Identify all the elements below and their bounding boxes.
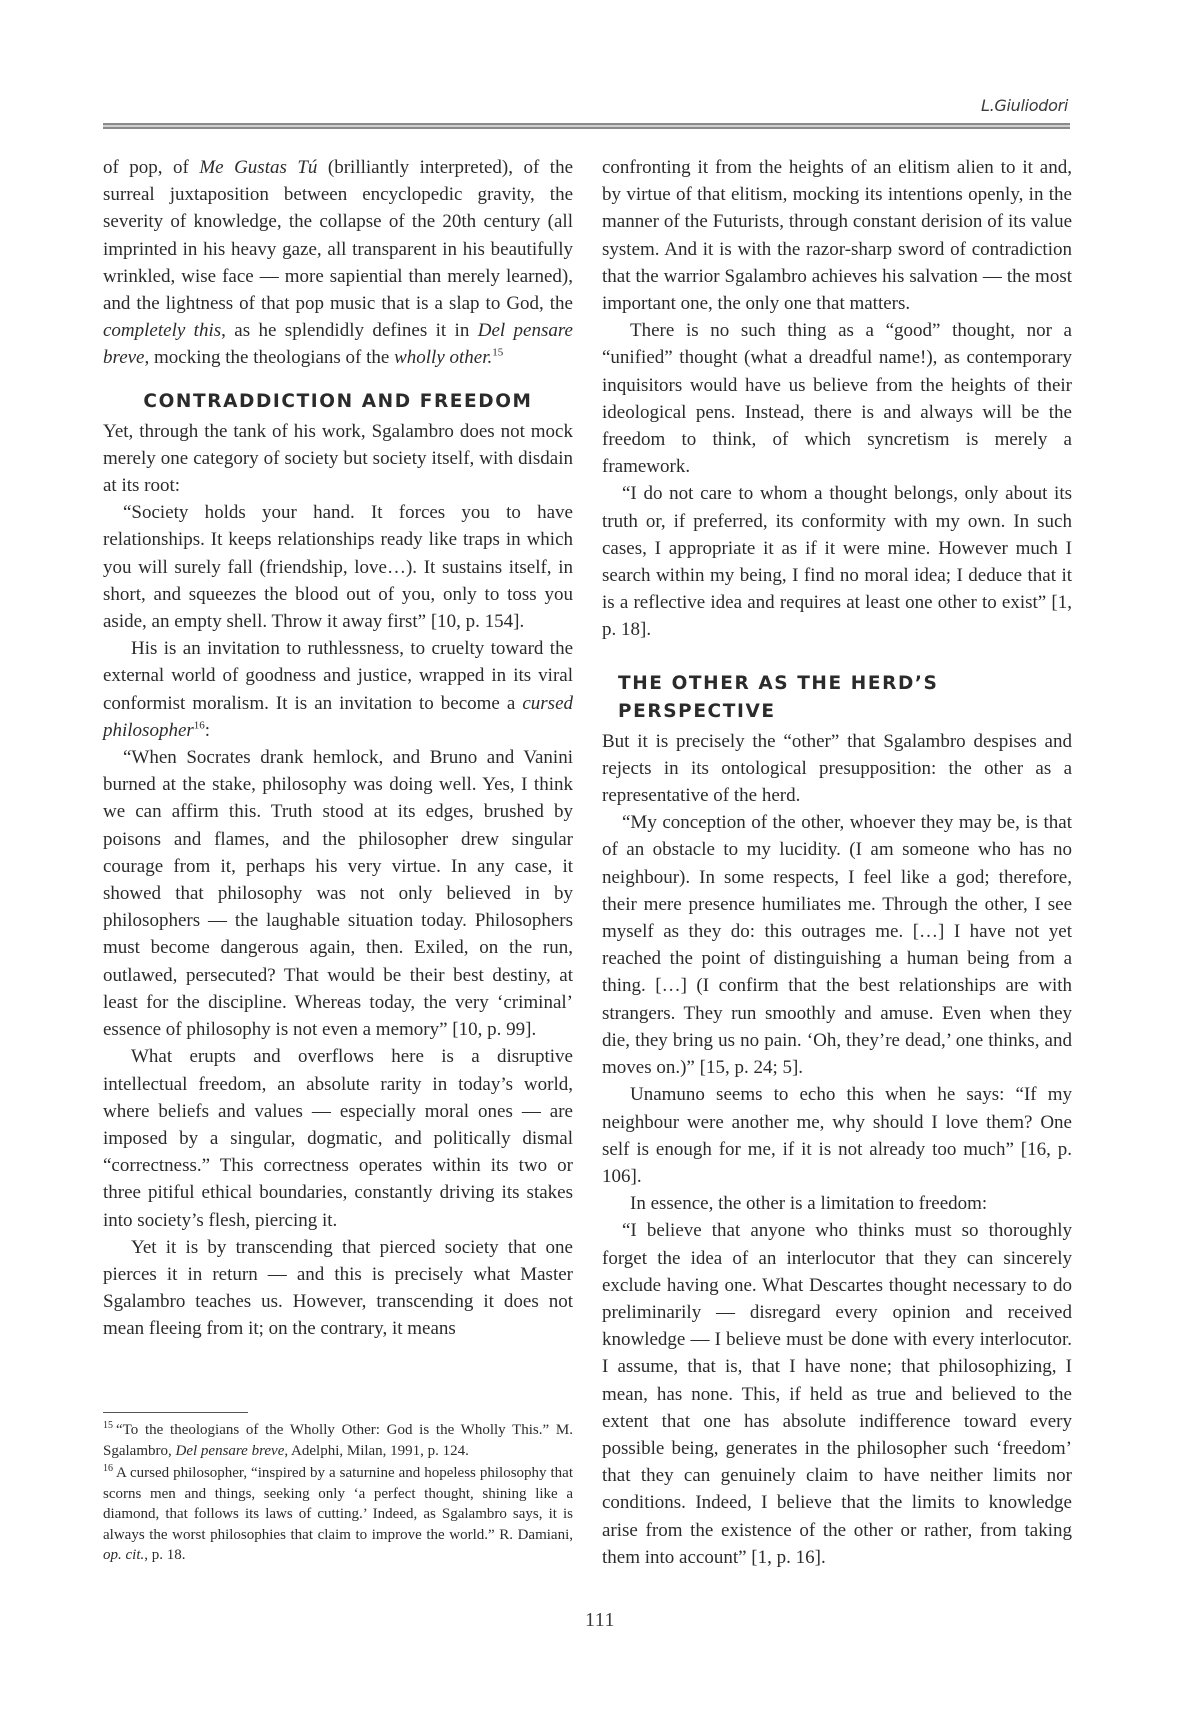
text: (brilliantly interpreted), of the surrea… bbox=[103, 157, 573, 314]
section-heading-other-herd: THE OTHER AS THE HERD’S PERSPECTIVE bbox=[602, 670, 1072, 726]
paragraph: Yet it is by transcending that pierced s… bbox=[103, 1234, 573, 1343]
footnote-number: 16 bbox=[103, 1463, 113, 1474]
running-header: L.Giuliodori bbox=[103, 96, 1070, 126]
block-quote: “Society holds your hand. It forces you … bbox=[103, 499, 573, 635]
paragraph: Unamuno seems to echo this when he says:… bbox=[602, 1081, 1072, 1190]
paragraph: In essence, the other is a limitation to… bbox=[602, 1190, 1072, 1217]
footnote-number: 15 bbox=[103, 1420, 113, 1431]
text: , p. 18. bbox=[144, 1547, 185, 1563]
text: , Adelphi, Milan, 1991, p. 124. bbox=[284, 1443, 469, 1459]
italic-phrase: wholly other. bbox=[394, 347, 492, 368]
text: His is an invitation to ruthlessness, to… bbox=[103, 638, 573, 713]
page-number: 111 bbox=[0, 1609, 1200, 1632]
italic-phrase: op. cit. bbox=[103, 1547, 144, 1563]
text: , mocking the theologians of the bbox=[145, 347, 395, 368]
footnote-16: 16A cursed philosopher, “inspired by a s… bbox=[103, 1463, 573, 1566]
paragraph: confronting it from the heights of an el… bbox=[602, 154, 1072, 317]
text: A cursed philosopher, “inspired by a sat… bbox=[103, 1465, 573, 1543]
paragraph: His is an invitation to ruthlessness, to… bbox=[103, 635, 573, 744]
footnotes: 15“To the theologians of the Wholly Othe… bbox=[103, 1420, 573, 1568]
text: of pop, of bbox=[103, 157, 199, 178]
paragraph: But it is precisely the “other” that Sga… bbox=[602, 728, 1072, 810]
footnote-15: 15“To the theologians of the Wholly Othe… bbox=[103, 1420, 573, 1461]
italic-phrase: completely this bbox=[103, 320, 221, 341]
text: : bbox=[205, 720, 210, 741]
italic-title: Me Gustas Tú bbox=[199, 157, 317, 178]
header-double-rule bbox=[103, 123, 1070, 129]
block-quote: “My conception of the other, whoever the… bbox=[602, 809, 1072, 1081]
left-column: of pop, of Me Gustas Tú (brilliantly int… bbox=[103, 154, 573, 1343]
paragraph: of pop, of Me Gustas Tú (brilliantly int… bbox=[103, 154, 573, 372]
footnote-ref-15[interactable]: 15 bbox=[492, 347, 503, 359]
footnote-separator bbox=[103, 1412, 248, 1413]
block-quote: “When Socrates drank hemlock, and Bruno … bbox=[103, 744, 573, 1043]
right-column: confronting it from the heights of an el… bbox=[602, 154, 1072, 1571]
block-quote: “I believe that anyone who thinks must s… bbox=[602, 1217, 1072, 1571]
paragraph: What erupts and overflows here is a disr… bbox=[103, 1043, 573, 1233]
block-quote: “I do not care to whom a thought belongs… bbox=[602, 480, 1072, 643]
section-heading-contradiction: CONTRADDICTION AND FREEDOM bbox=[103, 388, 573, 416]
paragraph: Yet, through the tank of his work, Sgala… bbox=[103, 418, 573, 500]
footnote-ref-16[interactable]: 16 bbox=[194, 720, 205, 732]
italic-title: Del pensare breve bbox=[176, 1443, 285, 1459]
text: , as he splendidly defines it in bbox=[221, 320, 478, 341]
paragraph: There is no such thing as a “good” thoug… bbox=[602, 317, 1072, 480]
running-header-author: L.Giuliodori bbox=[981, 96, 1068, 115]
